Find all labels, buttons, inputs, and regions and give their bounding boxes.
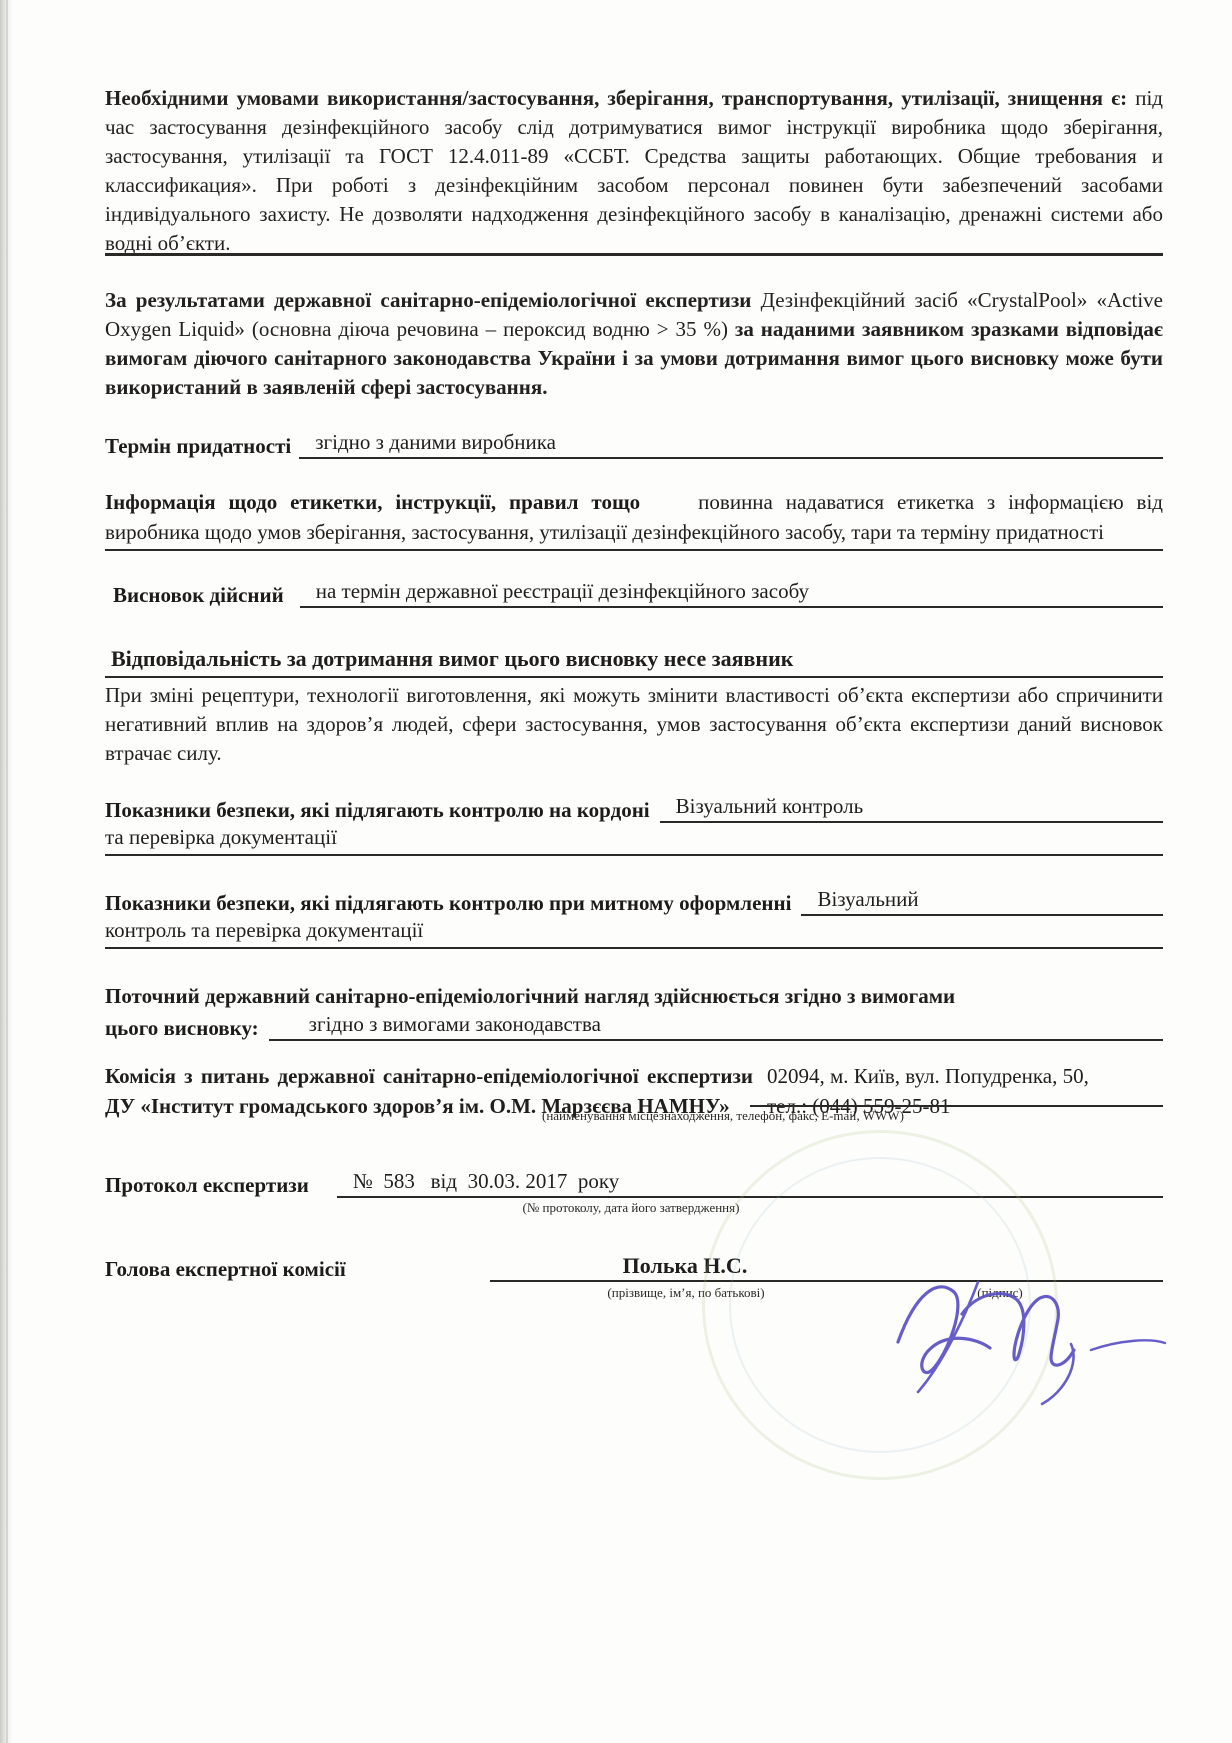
commission-caption-row: (найменування місцезнаходження, телефон,… — [105, 1103, 1163, 1135]
commission-caption: (найменування місцезнаходження, телефон,… — [542, 1108, 904, 1124]
paragraph-expertise-result: За результатами державної санітарно-епід… — [105, 286, 1163, 402]
field-border-control: Показники безпеки, які підлягають контро… — [105, 794, 1163, 856]
signature-ink — [878, 1262, 1178, 1412]
section-responsibility: Відповідальність за дотримання вимог цьо… — [105, 646, 1163, 768]
protocol-label: Протокол експертизи — [105, 1173, 309, 1198]
commission-address-line1: 02094, м. Київ, вул. Попудренка, 50, — [767, 1061, 1163, 1091]
label-info-label: Інформація щодо етикетки, інструкції, пр… — [105, 490, 640, 514]
head-label: Голова експертної комісії — [105, 1257, 346, 1282]
surveillance-value: згідно з вимогами законодавства — [269, 1012, 1163, 1041]
border-control-label: Показники безпеки, які підлягають контро… — [105, 798, 650, 823]
customs-control-label: Показники безпеки, які підлягають контро… — [105, 891, 791, 916]
scan-edge-line — [6, 0, 8, 1743]
border-control-value-line2: та перевірка документації — [105, 823, 1163, 856]
border-control-value-line1: Візуальний контроль — [660, 794, 1163, 823]
field-shelf-life: Термін придатності згідно з даними вироб… — [105, 430, 1163, 459]
responsibility-body: При зміні рецептури, технології виготовл… — [105, 681, 1163, 768]
paragraph-usage-conditions: Необхідними умовами використання/застосу… — [105, 84, 1163, 258]
field-customs-control: Показники безпеки, які підлягають контро… — [105, 887, 1163, 949]
scanned-document-page: Необхідними умовами використання/застосу… — [0, 0, 1232, 1743]
customs-control-value-line1: Візуальний — [801, 887, 1163, 916]
conclusion-valid-value: на термін державної реєстрації дезінфекц… — [300, 579, 1163, 608]
customs-control-value-line2: контроль та перевірка документації — [105, 916, 1163, 949]
field-current-surveillance: Поточний державний санітарно-епідеміолог… — [105, 982, 1163, 1041]
field-conclusion-valid: Висновок дійсний на термін державної реє… — [113, 579, 1163, 608]
shelf-life-value: згідно з даними виробника — [299, 430, 1163, 459]
responsibility-heading: Відповідальність за дотримання вимог цьо… — [105, 646, 1163, 678]
section-divider — [105, 253, 1163, 256]
shelf-life-label: Термін придатності — [105, 434, 291, 459]
field-label-info: Інформація щодо етикетки, інструкції, пр… — [105, 487, 1163, 551]
surveillance-label-line1: Поточний державний санітарно-епідеміолог… — [105, 982, 1163, 1011]
surveillance-label-line2: цього висновку: — [105, 1016, 259, 1041]
document-content: Необхідними умовами використання/застосу… — [105, 0, 1163, 1304]
conclusion-valid-label: Висновок дійсний — [113, 583, 284, 608]
commission-address-underline — [750, 1105, 1163, 1107]
